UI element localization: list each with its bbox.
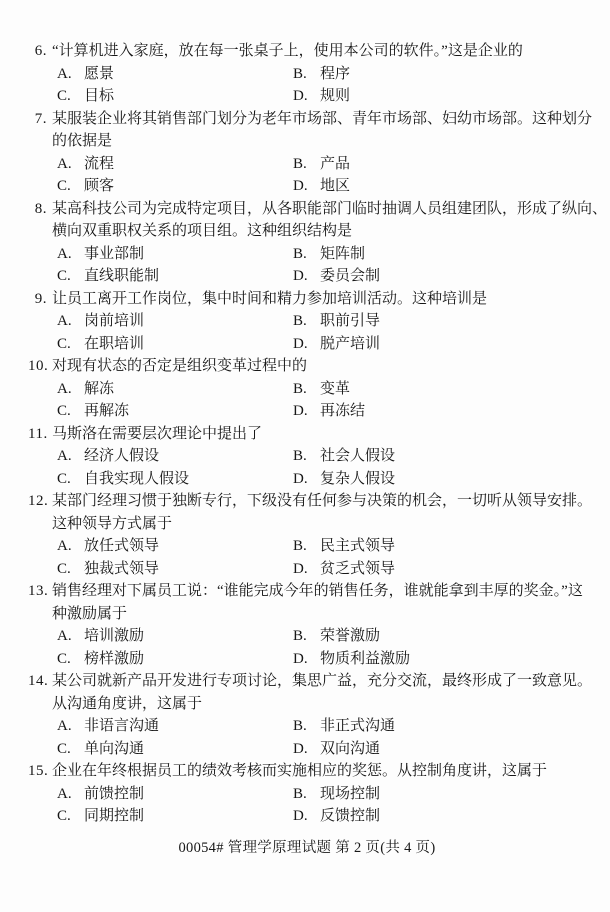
option-label: D. — [293, 265, 310, 288]
options-grid: A.岗前培训B.职前引导C.在职培训D.脱产培训 — [52, 310, 586, 355]
option-text: 委员会制 — [320, 268, 380, 284]
question-text-continued: 横向双重职权关系的项目组。这种组织结构是 — [52, 220, 586, 243]
question-number: 9. — [28, 288, 47, 311]
question-text-continued: 种激励属于 — [52, 603, 586, 626]
options-grid: A.流程B.产品C.顾客D.地区 — [52, 153, 586, 198]
options-grid: A.事业部制B.矩阵制C.直线职能制D.委员会制 — [52, 243, 586, 288]
option-text: 在职培训 — [84, 336, 144, 352]
option-text: 解冻 — [84, 381, 114, 397]
option-label: D. — [293, 558, 310, 581]
page-footer: 00054# 管理学原理试题 第 2 页(共 4 页) — [28, 837, 586, 859]
option-d: D.反馈控制 — [293, 805, 586, 828]
option-label: B. — [293, 535, 310, 558]
option-text: 社会人假设 — [320, 448, 395, 464]
option-text: 现场控制 — [320, 786, 380, 802]
question-list: 6. “计算机进入家庭，放在每一张桌子上，使用本公司的软件。”这是企业的 A.愿… — [28, 40, 586, 828]
question-text: 让员工离开工作岗位，集中时间和精力参加培训活动。这种培训是 — [52, 288, 586, 311]
option-d: D.双向沟通 — [293, 738, 586, 761]
question: 15. 企业在年终根据员工的绩效考核而实施相应的奖惩。从控制角度讲，这属于 A.… — [28, 760, 586, 828]
option-d: D.物质利益激励 — [293, 648, 586, 671]
question-body: 让员工离开工作岗位，集中时间和精力参加培训活动。这种培训是 A.岗前培训B.职前… — [52, 288, 586, 356]
option-text: 直线职能制 — [84, 268, 159, 284]
option-text: 双向沟通 — [320, 741, 380, 757]
question-text: “计算机进入家庭，放在每一张桌子上，使用本公司的软件。”这是企业的 — [52, 40, 586, 63]
option-text: 愿景 — [84, 66, 114, 82]
question-text: 企业在年终根据员工的绩效考核而实施相应的奖惩。从控制角度讲，这属于 — [52, 760, 586, 783]
options-grid: A.非语言沟通B.非正式沟通C.单向沟通D.双向沟通 — [52, 715, 586, 760]
question-number: 10. — [28, 355, 47, 378]
option-c: C.在职培训 — [57, 333, 293, 356]
option-label: D. — [293, 333, 310, 356]
question: 10. 对现有状态的否定是组织变革过程中的 A.解冻B.变革C.再解冻D.再冻结 — [28, 355, 586, 423]
option-text: 程序 — [320, 66, 350, 82]
question-text: 某部门经理习惯于独断专行，下级没有任何参与决策的机会，一切听从领导安排。 — [52, 490, 586, 513]
question: 14. 某公司就新产品开发进行专项讨论，集思广益，充分交流，最终形成了一致意见。… — [28, 670, 586, 760]
option-label: C. — [57, 468, 74, 491]
option-text: 变革 — [320, 381, 350, 397]
question-body: 企业在年终根据员工的绩效考核而实施相应的奖惩。从控制角度讲，这属于 A.前馈控制… — [52, 760, 586, 828]
question-text: 对现有状态的否定是组织变革过程中的 — [52, 355, 586, 378]
option-label: A. — [57, 783, 74, 806]
options-grid: A.前馈控制B.现场控制C.同期控制D.反馈控制 — [52, 783, 586, 828]
option-a: A.经济人假设 — [57, 445, 293, 468]
question-text: 某公司就新产品开发进行专项讨论，集思广益，充分交流，最终形成了一致意见。 — [52, 670, 586, 693]
option-c: C.单向沟通 — [57, 738, 293, 761]
option-text: 自我实现人假设 — [84, 471, 189, 487]
option-a: A.岗前培训 — [57, 310, 293, 333]
option-c: C.目标 — [57, 85, 293, 108]
option-label: C. — [57, 85, 74, 108]
option-label: B. — [293, 243, 310, 266]
option-label: C. — [57, 648, 74, 671]
question-text-continued: 从沟通角度讲，这属于 — [52, 693, 586, 716]
option-b: B.民主式领导 — [293, 535, 586, 558]
option-c: C.榜样激励 — [57, 648, 293, 671]
question: 8. 某高科技公司为完成特定项目，从各职能部门临时抽调人员组建团队，形成了纵向、… — [28, 198, 586, 288]
option-label: A. — [57, 715, 74, 738]
option-label: B. — [293, 783, 310, 806]
question-number: 13. — [28, 580, 47, 603]
option-d: D.委员会制 — [293, 265, 586, 288]
option-label: A. — [57, 310, 74, 333]
question-text: 销售经理对下属员工说：“谁能完成今年的销售任务，谁就能拿到丰厚的奖金。”这 — [52, 580, 586, 603]
option-d: D.再冻结 — [293, 400, 586, 423]
option-label: D. — [293, 805, 310, 828]
option-text: 荣誉激励 — [320, 628, 380, 644]
options-grid: A.培训激励B.荣誉激励C.榜样激励D.物质利益激励 — [52, 625, 586, 670]
option-label: D. — [293, 85, 310, 108]
option-c: C.再解冻 — [57, 400, 293, 423]
option-c: C.独裁式领导 — [57, 558, 293, 581]
option-d: D.脱产培训 — [293, 333, 586, 356]
question-body: 某公司就新产品开发进行专项讨论，集思广益，充分交流，最终形成了一致意见。 从沟通… — [52, 670, 586, 760]
option-c: C.同期控制 — [57, 805, 293, 828]
question-text-continued: 的依据是 — [52, 130, 586, 153]
option-text: 反馈控制 — [320, 808, 380, 824]
option-label: C. — [57, 265, 74, 288]
question-body: “计算机进入家庭，放在每一张桌子上，使用本公司的软件。”这是企业的 A.愿景B.… — [52, 40, 586, 108]
option-text: 脱产培训 — [320, 336, 380, 352]
option-label: C. — [57, 333, 74, 356]
question-text-continued: 这种领导方式属于 — [52, 513, 586, 536]
option-label: A. — [57, 445, 74, 468]
question: 12. 某部门经理习惯于独断专行，下级没有任何参与决策的机会，一切听从领导安排。… — [28, 490, 586, 580]
option-label: A. — [57, 63, 74, 86]
option-a: A.愿景 — [57, 63, 293, 86]
option-text: 放任式领导 — [84, 538, 159, 554]
option-text: 独裁式领导 — [84, 561, 159, 577]
option-a: A.培训激励 — [57, 625, 293, 648]
option-text: 再解冻 — [84, 403, 129, 419]
option-label: C. — [57, 175, 74, 198]
option-text: 榜样激励 — [84, 651, 144, 667]
option-d: D.贫乏式领导 — [293, 558, 586, 581]
option-text: 复杂人假设 — [320, 471, 395, 487]
option-b: B.现场控制 — [293, 783, 586, 806]
option-text: 顾客 — [84, 178, 114, 194]
option-label: A. — [57, 378, 74, 401]
option-c: C.顾客 — [57, 175, 293, 198]
option-label: B. — [293, 715, 310, 738]
question-body: 马斯洛在需要层次理论中提出了 A.经济人假设B.社会人假设C.自我实现人假设D.… — [52, 423, 586, 491]
option-c: C.自我实现人假设 — [57, 468, 293, 491]
option-text: 非正式沟通 — [320, 718, 395, 734]
option-text: 单向沟通 — [84, 741, 144, 757]
option-label: A. — [57, 243, 74, 266]
option-d: D.规则 — [293, 85, 586, 108]
option-label: C. — [57, 558, 74, 581]
option-label: D. — [293, 400, 310, 423]
question-number: 14. — [28, 670, 47, 693]
option-label: D. — [293, 468, 310, 491]
option-label: B. — [293, 153, 310, 176]
question-body: 某部门经理习惯于独断专行，下级没有任何参与决策的机会，一切听从领导安排。 这种领… — [52, 490, 586, 580]
question-body: 对现有状态的否定是组织变革过程中的 A.解冻B.变革C.再解冻D.再冻结 — [52, 355, 586, 423]
option-label: D. — [293, 738, 310, 761]
option-text: 贫乏式领导 — [320, 561, 395, 577]
option-label: A. — [57, 535, 74, 558]
option-a: A.事业部制 — [57, 243, 293, 266]
option-b: B.社会人假设 — [293, 445, 586, 468]
question-number: 8. — [28, 198, 47, 221]
options-grid: A.解冻B.变革C.再解冻D.再冻结 — [52, 378, 586, 423]
option-text: 职前引导 — [320, 313, 380, 329]
option-text: 同期控制 — [84, 808, 144, 824]
option-b: B.矩阵制 — [293, 243, 586, 266]
option-a: A.前馈控制 — [57, 783, 293, 806]
option-text: 产品 — [320, 156, 350, 172]
options-grid: A.放任式领导B.民主式领导C.独裁式领导D.贫乏式领导 — [52, 535, 586, 580]
option-text: 物质利益激励 — [320, 651, 410, 667]
option-a: A.流程 — [57, 153, 293, 176]
option-label: B. — [293, 310, 310, 333]
exam-page: 6. “计算机进入家庭，放在每一张桌子上，使用本公司的软件。”这是企业的 A.愿… — [0, 0, 610, 912]
option-label: B. — [293, 625, 310, 648]
option-b: B.荣誉激励 — [293, 625, 586, 648]
option-text: 规则 — [320, 88, 350, 104]
option-text: 流程 — [84, 156, 114, 172]
question-text: 马斯洛在需要层次理论中提出了 — [52, 423, 586, 446]
question-body: 销售经理对下属员工说：“谁能完成今年的销售任务，谁就能拿到丰厚的奖金。”这 种激… — [52, 580, 586, 670]
option-b: B.职前引导 — [293, 310, 586, 333]
option-text: 再冻结 — [320, 403, 365, 419]
option-label: D. — [293, 648, 310, 671]
option-label: B. — [293, 378, 310, 401]
option-text: 培训激励 — [84, 628, 144, 644]
option-text: 矩阵制 — [320, 246, 365, 262]
option-text: 地区 — [320, 178, 350, 194]
option-text: 岗前培训 — [84, 313, 144, 329]
option-text: 目标 — [84, 88, 114, 104]
option-label: A. — [57, 625, 74, 648]
question-number: 12. — [28, 490, 47, 513]
question: 11. 马斯洛在需要层次理论中提出了 A.经济人假设B.社会人假设C.自我实现人… — [28, 423, 586, 491]
question-number: 11. — [28, 423, 47, 446]
option-label: D. — [293, 175, 310, 198]
option-a: A.放任式领导 — [57, 535, 293, 558]
option-b: B.变革 — [293, 378, 586, 401]
option-a: A.非语言沟通 — [57, 715, 293, 738]
question-text: 某服装企业将其销售部门划分为老年市场部、青年市场部、妇幼市场部。这种划分 — [52, 108, 586, 131]
question: 13. 销售经理对下属员工说：“谁能完成今年的销售任务，谁就能拿到丰厚的奖金。”… — [28, 580, 586, 670]
question-number: 15. — [28, 760, 47, 783]
question-number: 7. — [28, 108, 47, 131]
question-number: 6. — [28, 40, 47, 63]
option-label: C. — [57, 805, 74, 828]
option-label: A. — [57, 153, 74, 176]
option-b: B.产品 — [293, 153, 586, 176]
option-d: D.复杂人假设 — [293, 468, 586, 491]
options-grid: A.经济人假设B.社会人假设C.自我实现人假设D.复杂人假设 — [52, 445, 586, 490]
question-body: 某高科技公司为完成特定项目，从各职能部门临时抽调人员组建团队，形成了纵向、 横向… — [52, 198, 586, 288]
option-text: 民主式领导 — [320, 538, 395, 554]
question: 6. “计算机进入家庭，放在每一张桌子上，使用本公司的软件。”这是企业的 A.愿… — [28, 40, 586, 108]
question-body: 某服装企业将其销售部门划分为老年市场部、青年市场部、妇幼市场部。这种划分 的依据… — [52, 108, 586, 198]
option-text: 前馈控制 — [84, 786, 144, 802]
option-b: B.非正式沟通 — [293, 715, 586, 738]
option-label: C. — [57, 738, 74, 761]
option-a: A.解冻 — [57, 378, 293, 401]
option-b: B.程序 — [293, 63, 586, 86]
option-text: 事业部制 — [84, 246, 144, 262]
option-c: C.直线职能制 — [57, 265, 293, 288]
question-text: 某高科技公司为完成特定项目，从各职能部门临时抽调人员组建团队，形成了纵向、 — [52, 198, 586, 221]
option-text: 经济人假设 — [84, 448, 159, 464]
option-label: B. — [293, 445, 310, 468]
options-grid: A.愿景B.程序C.目标D.规则 — [52, 63, 586, 108]
option-label: C. — [57, 400, 74, 423]
question: 7. 某服装企业将其销售部门划分为老年市场部、青年市场部、妇幼市场部。这种划分 … — [28, 108, 586, 198]
option-text: 非语言沟通 — [84, 718, 159, 734]
option-label: B. — [293, 63, 310, 86]
question: 9. 让员工离开工作岗位，集中时间和精力参加培训活动。这种培训是 A.岗前培训B… — [28, 288, 586, 356]
option-d: D.地区 — [293, 175, 586, 198]
